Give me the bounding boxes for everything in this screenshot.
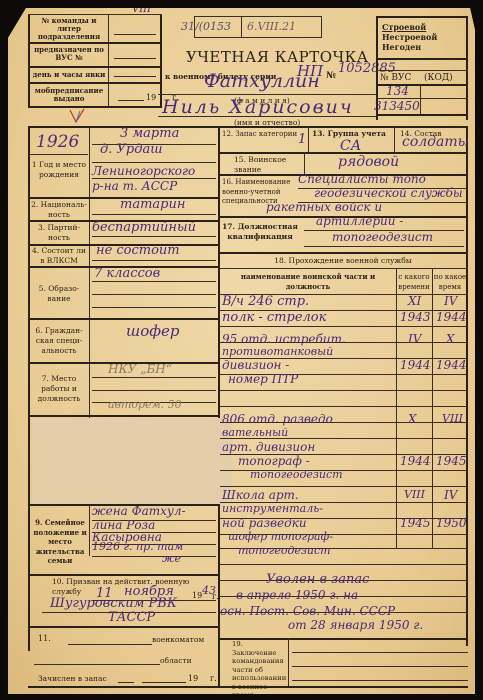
workplace-label: 7. Место работы и должность <box>30 374 88 404</box>
conscription-year-prefix: 19 <box>192 591 202 600</box>
civil-specialty-value: шофер <box>126 322 179 340</box>
field11-number: 11. <box>38 634 51 643</box>
discharge-line-2: в апреле 1950 г. на <box>236 588 358 602</box>
arrival-time-label: день и часы явки <box>32 71 106 79</box>
zachislen-year-prefix: 19 <box>188 674 198 683</box>
ticket-number-label: № <box>326 71 336 81</box>
entry-1-line-2: полк - стрелок <box>222 310 326 325</box>
vlksm-value: не состоит <box>96 243 180 258</box>
entry-4-line-1: Школа арт. <box>222 488 299 502</box>
birth-label: 1 Год и место рождения <box>30 160 88 180</box>
entry-1-from-year: 1943 <box>400 310 431 324</box>
service-header-unit: наименование воинской части и должность <box>220 272 396 292</box>
entry-2-from-month: IV <box>408 332 421 346</box>
entry-1-line-1: В/ч 246 стр. <box>222 294 309 309</box>
top-right-box: Строевой Нестроевой Негоден № ВУС (КОД) … <box>376 16 468 120</box>
composition-value: солдаты <box>402 134 469 150</box>
entry-3-line-5: топогеодезист <box>250 468 343 481</box>
entry-3-to-month: VIII <box>442 412 463 425</box>
surname: Фатхуллин <box>204 70 320 92</box>
entry-2-to-year: 1944 <box>436 358 467 372</box>
civil-specialty-label: 6. Граждан-ская специ-альность <box>30 326 88 356</box>
check-mark-icon <box>68 108 88 126</box>
command-number-label: № команды и литер подразделения <box>32 17 106 41</box>
service-header-from: с какого времени <box>397 272 431 292</box>
entry-2-from-year: 1944 <box>400 358 431 372</box>
entry-4-line-2: инструменталь- <box>222 502 323 515</box>
nationality-label: 2. Националь-ность <box>30 200 88 220</box>
reserve-category-label: 12. Запас категории <box>222 129 306 139</box>
top-left-box: № команды и литер подразделения предназн… <box>22 14 162 106</box>
birth-line-1: 3 марта <box>120 126 179 141</box>
party-value: беспартийный <box>92 220 196 235</box>
workplace-line-1: НКУ „БН“ <box>108 362 172 376</box>
entry-2-line-4: номер ПТР <box>228 372 298 386</box>
name-patronymic: Ниль Харисович <box>162 96 354 118</box>
code-label: (КОД) <box>424 73 453 83</box>
vlksm-label: 4. Состоит ли в ВЛКСМ <box>30 246 88 266</box>
service-section-title: 18. Прохождение военной службы <box>220 256 466 266</box>
command-conclusion-label: 19. Заключение командования части об исп… <box>232 640 288 700</box>
vus-specialty-line-3: ракетных войск и <box>266 200 382 214</box>
entry-3-from-year: 1944 <box>400 454 431 468</box>
entry-3-line-3: арт. дивизион <box>222 440 315 454</box>
entry-4-to-year: 1950 <box>436 516 467 530</box>
entry-1-from-month: XI <box>408 294 421 308</box>
discharge-line-4: от 28 января 1950 г. <box>288 618 423 632</box>
education-label: 5. Образо-вание <box>30 284 88 304</box>
vus-specialty-line-2: геодезической службы <box>314 186 463 200</box>
entry-3-line-4: топограф - <box>238 454 310 468</box>
voenkomat-label: военкоматом <box>152 635 204 644</box>
mob-order-year: 19 <box>146 93 156 102</box>
family-line-5: же <box>162 552 181 565</box>
family-label: 9. Семейное положение и место жительства… <box>30 518 90 566</box>
entry-2-line-1: 95 отд. истребит. <box>222 332 346 346</box>
discharge-line-3: осн. Пост. Сов. Мин. СССР <box>220 604 395 618</box>
entry-3-line-1: 806 отд. разведо <box>222 412 333 426</box>
reserve-category-value: 1 <box>298 132 306 147</box>
service-header-to: по какое время <box>433 272 467 292</box>
qualification-line-1: артиллерии - <box>316 214 403 228</box>
zachislen-label: Зачислен в запас <box>38 674 107 683</box>
status-nestroevoy: Нестроевой <box>382 32 437 42</box>
vus-specialty-line-1: Специалисты топо <box>298 172 426 186</box>
entry-3-line-2: вательный <box>222 426 288 439</box>
redacted-area <box>32 418 232 504</box>
zachislen-suffix: г. <box>210 674 217 683</box>
qualification-line-2: топогеодезист <box>332 230 433 244</box>
oblast-label: области <box>160 656 192 665</box>
vus-label: № ВУС <box>380 73 411 83</box>
entry-2-to-month: X <box>446 332 455 346</box>
discharge-line-1: Уволен в запас <box>266 572 369 587</box>
nationality-value: татарин <box>120 197 185 212</box>
rank-value: рядовой <box>338 154 399 170</box>
entry-2-line-2: противотанковый <box>222 345 333 358</box>
qualification-label: 17. Должностная квалификация <box>222 222 298 242</box>
entry-3-from-month: X <box>408 412 417 426</box>
family-line-1: жена Фатхул- <box>92 504 186 518</box>
entry-4-to-month: IV <box>444 488 457 502</box>
party-label: 3. Партий-ность <box>30 223 88 243</box>
education-value: 7 классов <box>94 266 160 281</box>
status-negoden: Негоден <box>382 42 421 52</box>
entry-1-to-month: IV <box>444 294 457 308</box>
entry-4-line-5: топогеодезист <box>238 544 331 557</box>
stamp-box: 31/(0153 6.VIII.21 <box>194 16 322 38</box>
entry-4-from-month: VIII <box>404 488 425 501</box>
entry-4-line-4: шофер топограф- <box>228 530 333 543</box>
vus-destination-label: предназначен по ВУС № <box>32 46 106 62</box>
rank-label: 15. Воинское звание <box>234 155 304 175</box>
registration-card: № команды и литер подразделения предназн… <box>8 8 475 694</box>
entry-1-to-year: 1944 <box>436 310 467 324</box>
conscription-line-1: Шугуровским РВК <box>50 596 177 611</box>
corner-mark: VIII <box>132 4 151 15</box>
stamp-left: 31/(0153 <box>181 20 231 33</box>
entry-4-line-3: ной разведки <box>222 516 307 530</box>
code-value: 313450 <box>374 99 420 113</box>
birth-year: 1926 <box>36 132 79 152</box>
conscription-line-2: ТАССР <box>108 610 155 625</box>
entry-3-to-year: 1945 <box>436 454 467 468</box>
status-stroevoy: Строевой <box>382 22 426 32</box>
workplace-line-2: авторем. 50 <box>108 398 182 411</box>
entry-4-from-year: 1945 <box>400 516 431 530</box>
main-grid: 1 Год и место рождения 1926 3 марта д. У… <box>22 126 470 686</box>
vus-value: 134 <box>386 84 409 98</box>
mob-order-label: мобпредписание выдано <box>32 87 106 103</box>
birth-line-4: р-на т. АССР <box>92 179 177 193</box>
entry-2-line-3: дивизион - <box>222 358 289 372</box>
birth-line-2: д. Урдаш <box>100 142 163 157</box>
stamp-right: 6.VIII.21 <box>247 20 296 33</box>
birth-line-3: Лениногорского <box>92 164 195 178</box>
